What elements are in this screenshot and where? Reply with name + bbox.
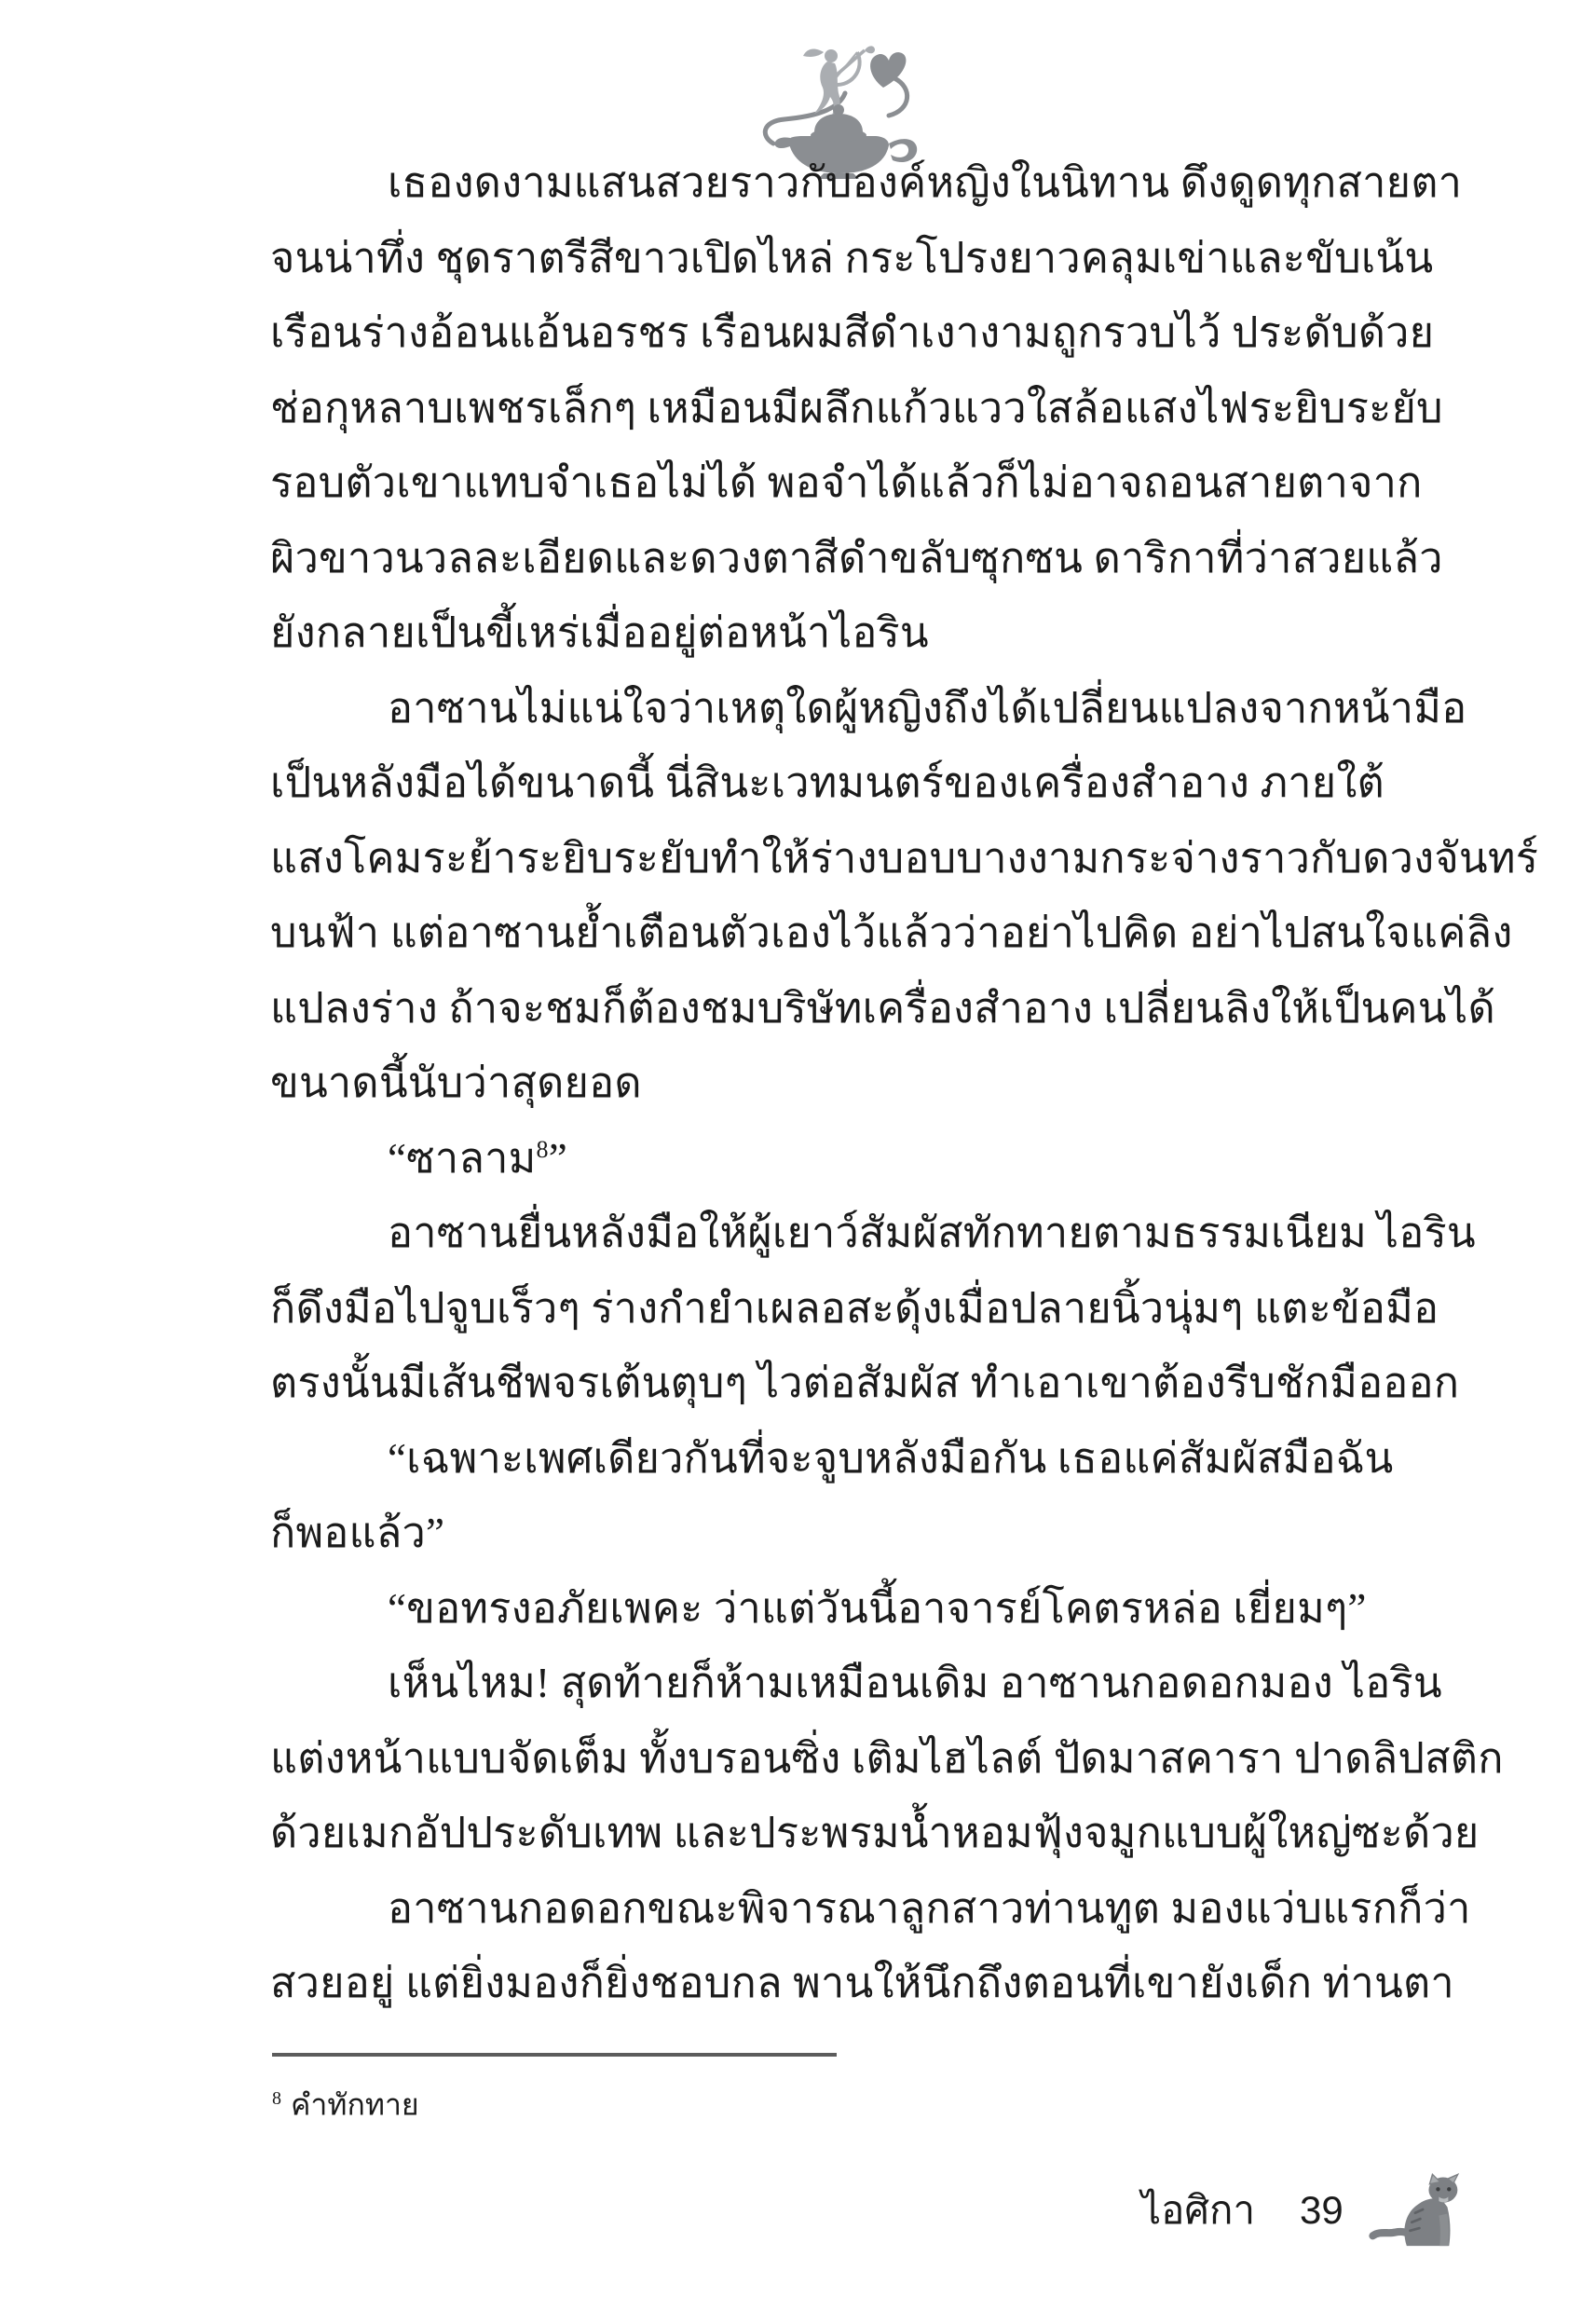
text-line: แปลงร่าง ถ้าจะชมก็ต้องชมบริษัทเครื่องสำอ… [270, 971, 1414, 1046]
footnote: 8คำทักทาย [272, 2071, 419, 2133]
text-line: เรือนร่างอ้อนแอ้นอรชร เรือนผมสีดำเงางามถ… [270, 295, 1414, 371]
cat-icon [1368, 2171, 1461, 2249]
text-line: สวยอยู่ แต่ยิ่งมองก็ยิ่งชอบกล พานให้นึกถ… [270, 1946, 1414, 2021]
text-line: ขนาดนี้นับว่าสุดยอด [270, 1046, 1414, 1121]
page-number: 39 [1300, 2188, 1344, 2233]
text-line: ช่อกุหลาบเพชรเล็กๆ เหมือนมีผลึกแก้วแววใส… [270, 371, 1414, 446]
text-line: ยังกลายเป็นขี้เหร่เมื่ออยู่ต่อหน้าไอริน [270, 595, 1414, 671]
footnote-divider [272, 2053, 837, 2057]
smoke-swirl-right [889, 78, 907, 116]
body-text: เธองดงามแสนสวยราวกับองค์หญิงในนิทาน ดึงด… [270, 145, 1414, 2021]
text-line: ตรงนั้นมีเส้นชีพจรเต้นตุบๆ ไวต่อสัมผัส ท… [270, 1346, 1414, 1421]
text-line: อาซานไม่แน่ใจว่าเหตุใดผู้หญิงถึงได้เปลี่… [270, 671, 1414, 746]
text-line: ก็ดึงมือไปจูบเร็วๆ ร่างกำยำเผลอสะดุ้งเมื… [270, 1271, 1414, 1347]
footnote-reference: 8 [537, 1136, 549, 1163]
page-footer: ไอศิกา 39 [1141, 2171, 1461, 2249]
book-page: เธองดงามแสนสวยราวกับองค์หญิงในนิทาน ดึงด… [0, 0, 1596, 2311]
text-line: ด้วยเมกอัปประดับเทพ และประพรมน้ำหอมฟุ้งจ… [270, 1796, 1414, 1871]
text-line: “ซาลาม8” [270, 1121, 1414, 1197]
text-line: บนฟ้า แต่อาซานย้ำเตือนตัวเองไว้แล้วว่าอย… [270, 896, 1414, 971]
text-line: แสงโคมระย้าระยิบระยับทำให้ร่างบอบบางงามก… [270, 821, 1414, 896]
footnote-text: คำทักทาย [291, 2088, 419, 2122]
text-line: อาซานยื่นหลังมือให้ผู้เยาว์สัมผัสทักทายต… [270, 1196, 1414, 1271]
text-line: เป็นหลังมือได้ขนาดนี้ นี่สินะเวทมนตร์ของ… [270, 745, 1414, 821]
text-line: ก็พอแล้ว” [270, 1496, 1414, 1571]
footnote-marker: 8 [272, 2088, 281, 2109]
text-line: รอบตัวเขาแทบจำเธอไม่ได้ พอจำได้แล้วก็ไม่… [270, 445, 1414, 521]
text-line: “ขอทรงอภัยเพคะ ว่าแต่วันนี้อาจารย์โคตรหล… [270, 1571, 1414, 1647]
text-line: อาซานกอดอกขณะพิจารณาลูกสาวท่านทูต มองแว่… [270, 1871, 1414, 1947]
text-line: เธองดงามแสนสวยราวกับองค์หญิงในนิทาน ดึงด… [270, 145, 1414, 221]
book-title: ไอศิกา [1141, 2180, 1255, 2241]
text-line: “เฉพาะเพศเดียวกันที่จะจูบหลังมือกัน เธอแ… [270, 1421, 1414, 1497]
text-line: ผิวขาวนวลละเอียดและดวงตาสีดำขลับซุกซน ดา… [270, 521, 1414, 596]
text-line: จนน่าทึ่ง ชุดราตรีสีขาวเปิดไหล่ กระโปรงย… [270, 221, 1414, 296]
text-line: แต่งหน้าแบบจัดเต็ม ทั้งบรอนซิ่ง เติมไฮไล… [270, 1721, 1414, 1797]
bow-arrow-icon [831, 46, 875, 85]
text-line: เห็นไหม! สุดท้ายก็ห้ามเหมือนเดิม อาซานกอ… [270, 1646, 1414, 1721]
